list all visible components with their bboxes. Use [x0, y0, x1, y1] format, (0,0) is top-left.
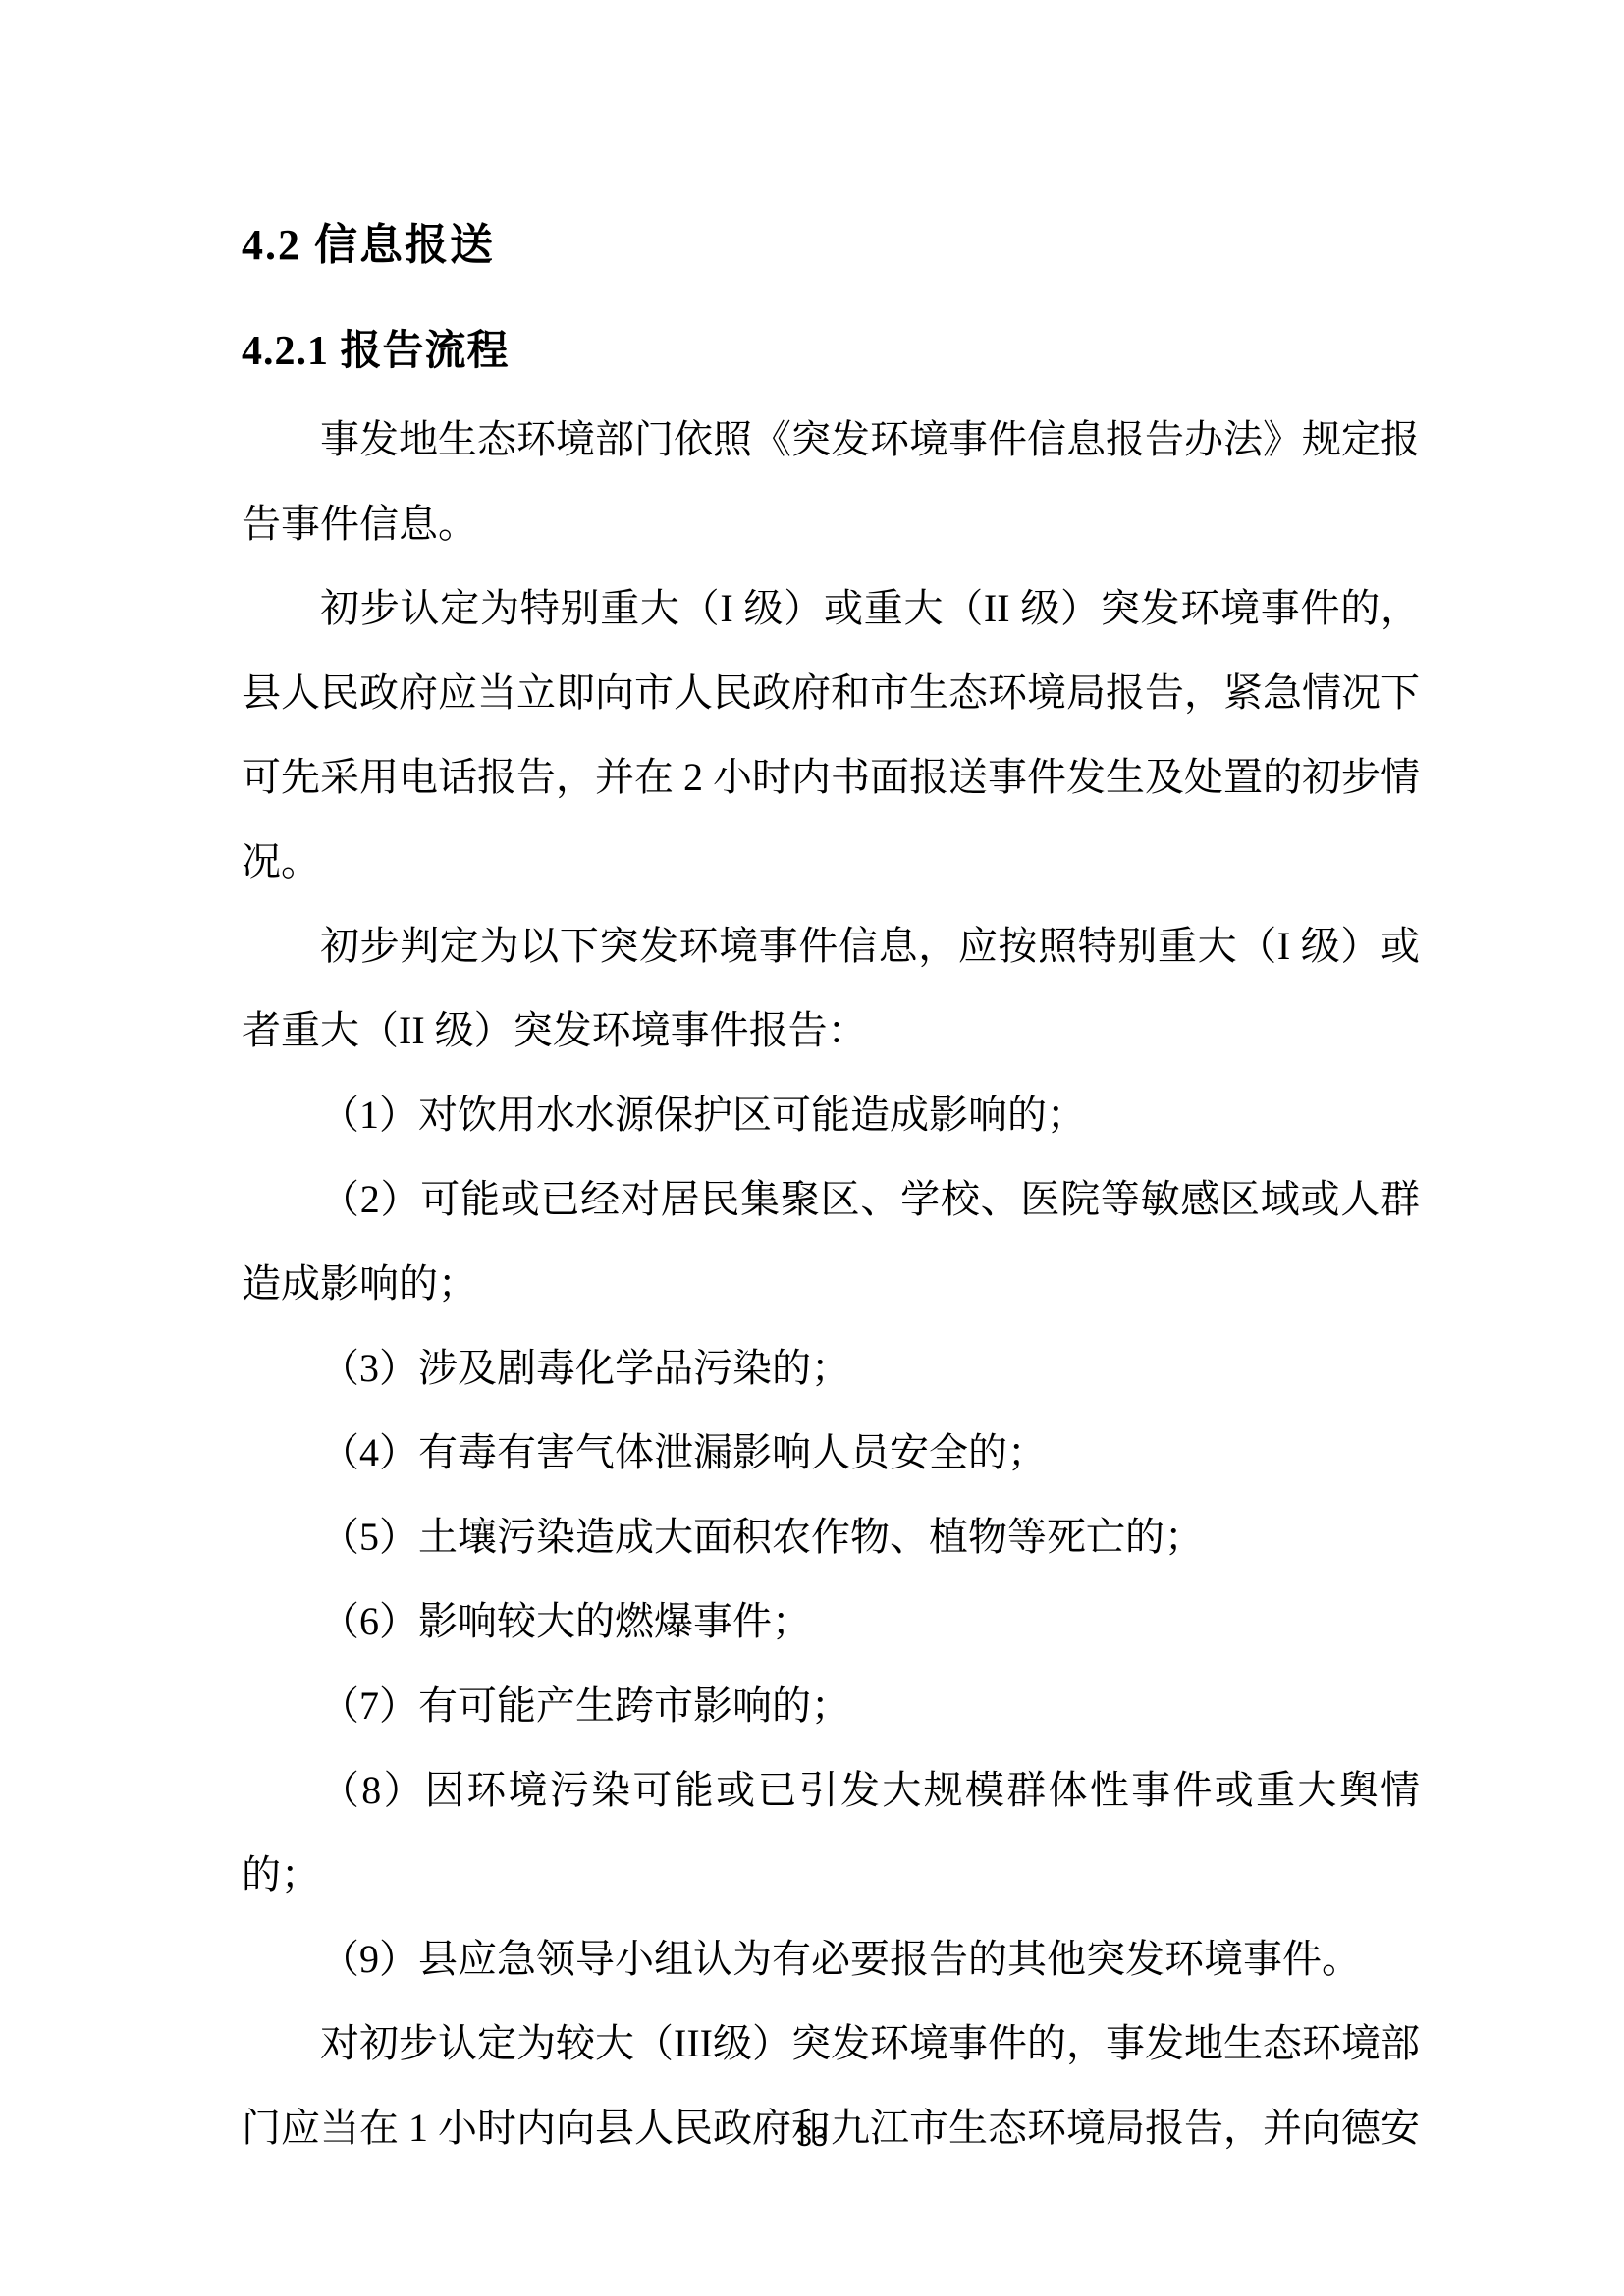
subsection-heading: 4.2.1 报告流程: [242, 331, 1420, 372]
list-item-6: （6）影响较大的燃爆事件；: [242, 1579, 1420, 1664]
list-item-9: （9）县应急领导小组认为有必要报告的其他突发环境事件。: [242, 1917, 1420, 2002]
paragraph-level1-2-reporting: 初步认定为特别重大（I 级）或重大（II 级）突发环境事件的，县人民政府应当立即…: [242, 566, 1420, 904]
list-item-2: （2）可能或已经对居民集聚区、学校、医院等敏感区域或人群造成影响的；: [242, 1157, 1420, 1326]
list-item-4: （4）有毒有害气体泄漏影响人员安全的；: [242, 1411, 1420, 1495]
paragraph-list-intro: 初步判定为以下突发环境事件信息，应按照特别重大（I 级）或者重大（II 级）突发…: [242, 904, 1420, 1073]
page-footer: 33: [0, 2120, 1624, 2154]
list-item-8: （8）因环境污染可能或已引发大规模群体性事件或重大舆情的；: [242, 1748, 1420, 1917]
list-item-1: （1）对饮用水水源保护区可能造成影响的；: [242, 1073, 1420, 1157]
page-number: 33: [796, 2121, 827, 2152]
list-item-5: （5）土壤污染造成大面积农作物、植物等死亡的；: [242, 1495, 1420, 1579]
document-content: 4.2 信息报送 4.2.1 报告流程 事发地生态环境部门依照《突发环境事件信息…: [242, 200, 1420, 2170]
document-page: 4.2 信息报送 4.2.1 报告流程 事发地生态环境部门依照《突发环境事件信息…: [0, 0, 1624, 2296]
list-item-3: （3）涉及剧毒化学品污染的；: [242, 1326, 1420, 1411]
list-item-7: （7）有可能产生跨市影响的；: [242, 1664, 1420, 1748]
section-heading: 4.2 信息报送: [242, 224, 1420, 267]
paragraph-report-basis: 事发地生态环境部门依照《突发环境事件信息报告办法》规定报告事件信息。: [242, 398, 1420, 566]
